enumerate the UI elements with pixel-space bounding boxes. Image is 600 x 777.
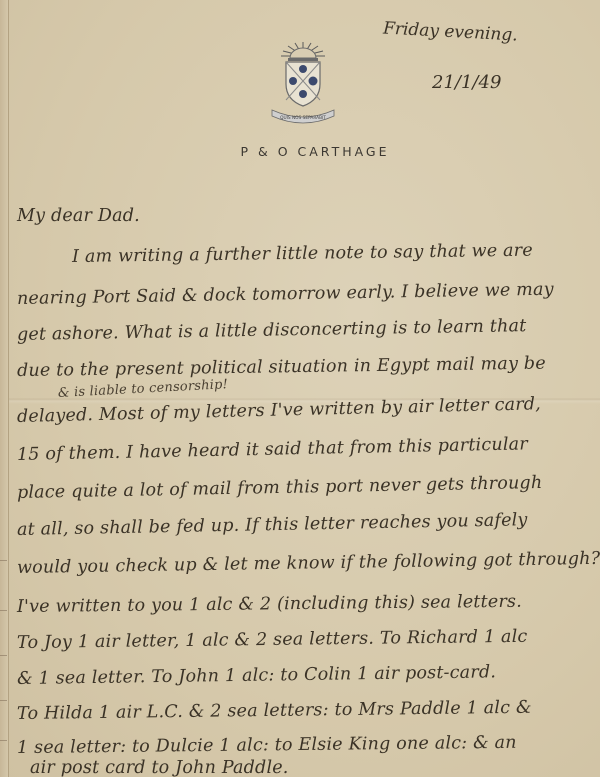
letter-line-9: would you check up & let me know if the … [17, 549, 600, 578]
letter-day: Friday evening. [383, 18, 519, 45]
letter-line-6: 15 of them. I have heard it said that fr… [17, 434, 528, 465]
letter-line-2: nearing Port Said & dock tomorrow early.… [17, 280, 554, 309]
letter-line-15: air post card to John Paddle. [30, 758, 289, 777]
ship-name: P & O CARTHAGE [240, 144, 390, 159]
letter-line-11: To Joy 1 air letter, 1 alc & 2 sea lette… [17, 627, 528, 653]
crest-motto: QUIS NOS SEPARABIT [280, 115, 326, 121]
letter-line-7: place quite a lot of mail from this port… [17, 473, 543, 503]
letter-line-1: I am writing a further little note to sa… [72, 241, 533, 267]
letter-page: QUIS NOS SEPARABIT P & O CARTHAGE Friday… [0, 0, 600, 777]
letter-line-3: get ashore. What is a little disconcerti… [17, 316, 527, 345]
letter-line-10: I've written to you 1 alc & 2 (including… [17, 592, 522, 617]
letter-line-14: 1 sea letter: to Dulcie 1 alc: to Elsie … [17, 733, 517, 758]
page-left-edge [0, 0, 9, 777]
letter-line-12: & 1 sea letter. To John 1 alc: to Colin … [17, 662, 496, 689]
letter-date: 21/1/49 [432, 72, 501, 93]
salutation: My dear Dad. [17, 206, 140, 226]
letter-line-4: due to the present political situation i… [17, 354, 546, 381]
letter-line-5: delayed. Most of my letters I've written… [17, 394, 541, 427]
letter-line-13: To Hilda 1 air L.C. & 2 sea letters: to … [17, 698, 532, 724]
censorship-insertion: & is liable to censorship! [58, 377, 229, 401]
letter-line-8: at all, so shall be fed up. If this lett… [17, 510, 528, 540]
crest-icon: QUIS NOS SEPARABIT [268, 40, 338, 128]
